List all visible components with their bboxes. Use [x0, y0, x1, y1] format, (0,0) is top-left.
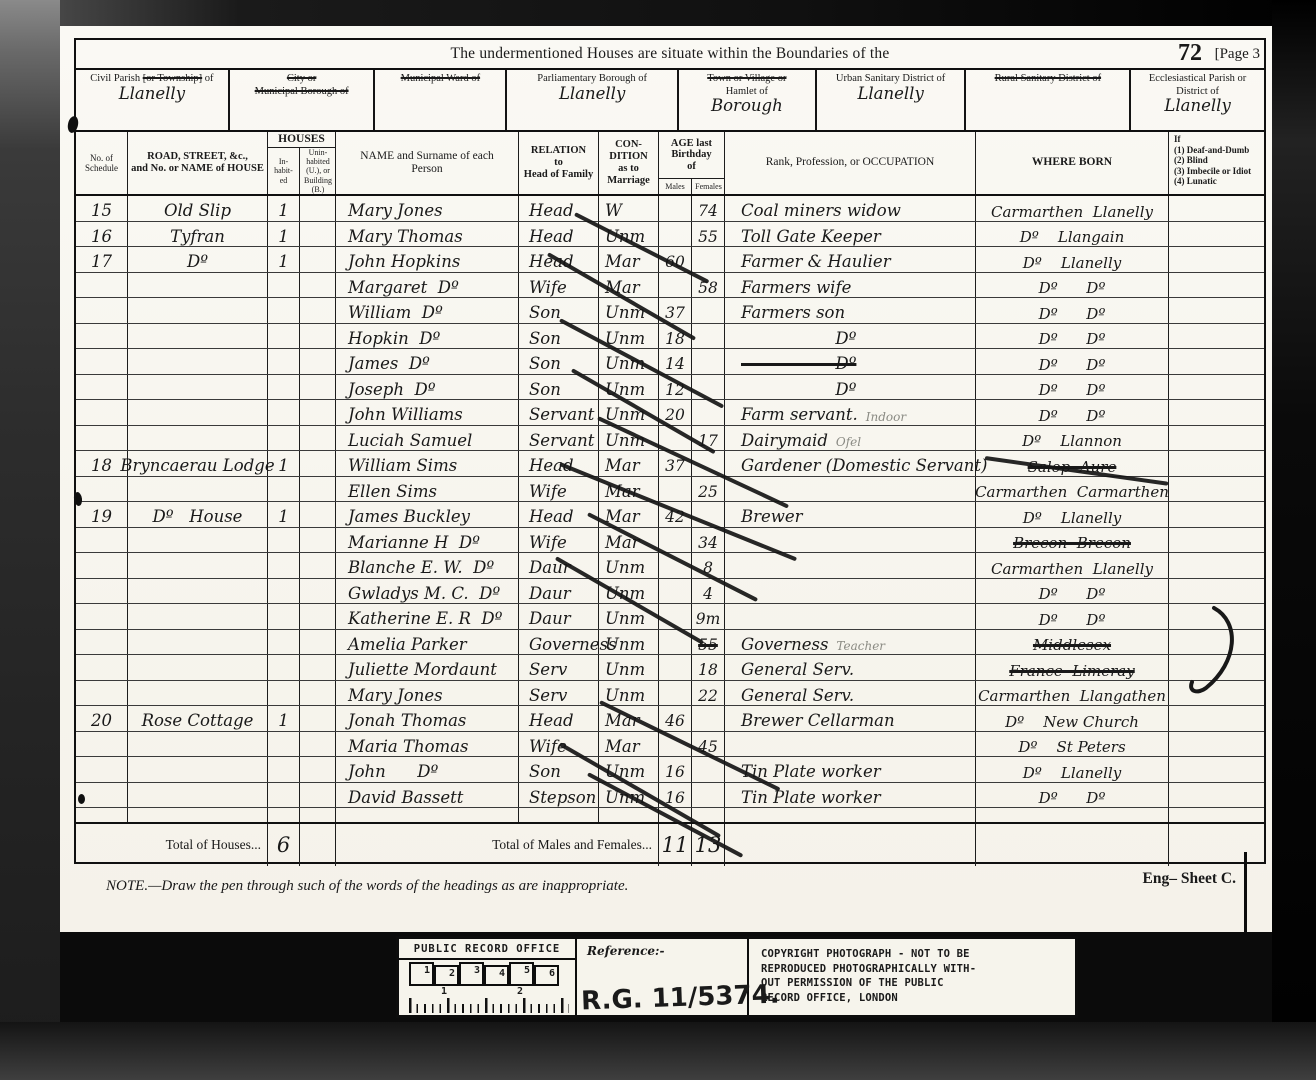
cell-male	[659, 196, 692, 221]
table-row: William DºSonUnm37Farmers sonDº Dº	[76, 298, 1264, 324]
cell-occupation: Toll Gate Keeper	[725, 222, 976, 247]
cell-female	[692, 247, 725, 272]
film-border-right	[1272, 0, 1316, 1080]
cell-condition: Mar	[599, 273, 659, 298]
cell-female	[692, 375, 725, 400]
cell-condition: Unm	[599, 553, 659, 578]
cell-name: Mary Jones	[336, 681, 519, 706]
cell-infirm	[1169, 298, 1264, 323]
cell-name: John Dº	[336, 757, 519, 782]
cell-name: Mary Thomas	[336, 222, 519, 247]
col-header-age: AGE last Birthday of	[659, 132, 724, 179]
cell-uninhabited	[300, 630, 336, 655]
cell-road	[128, 604, 268, 629]
cell-uninhabited	[300, 247, 336, 272]
cell-infirm	[1169, 783, 1264, 808]
cell-male	[659, 477, 692, 502]
cell-uninhabited	[300, 196, 336, 221]
col-header-born: WHERE BORN	[976, 132, 1169, 194]
cell-infirm	[1169, 477, 1264, 502]
cell-infirm	[1169, 426, 1264, 451]
cell-occupation: Dº	[725, 324, 976, 349]
cell-road: Dº	[128, 247, 268, 272]
cell-female	[692, 783, 725, 808]
cell-road: Bryncaerau Lodge	[128, 451, 268, 476]
cell-empty	[519, 808, 599, 822]
cell-name: Maria Thomas	[336, 732, 519, 757]
table-row: Amelia ParkerGovernessUnm55GovernessTeac…	[76, 630, 1264, 656]
totals-houses-value-cell: 6	[268, 824, 300, 866]
cell-condition: Mar	[599, 451, 659, 476]
cell-schedule	[76, 630, 128, 655]
table-row: 16Tyfran1Mary ThomasHeadUnm55Toll Gate K…	[76, 222, 1264, 248]
cell-infirm	[1169, 553, 1264, 578]
cell-schedule	[76, 732, 128, 757]
cell-female: 25	[692, 477, 725, 502]
district-box-municipal-borough: City orMunicipal Borough of	[230, 70, 376, 130]
cell-uninhabited	[300, 349, 336, 374]
table-row: Luciah SamuelServantUnm17DairymaidOfelDº…	[76, 426, 1264, 452]
cell-condition: Unm	[599, 604, 659, 629]
cell-uninhabited	[300, 324, 336, 349]
district-box-municipal-ward: Municipal Ward of	[375, 70, 507, 130]
cell-occupation: General Serv.	[725, 655, 976, 680]
cell-infirm	[1169, 502, 1264, 527]
stamp-copyright-text: COPYRIGHT PHOTOGRAPH - NOT TO BE REPRODU…	[761, 947, 1069, 1006]
cell-road	[128, 528, 268, 553]
cell-relation: Servant	[519, 400, 599, 425]
cell-female: 55	[692, 630, 725, 655]
cell-born: Dº Dº	[976, 579, 1169, 604]
cell-schedule	[76, 426, 128, 451]
cell-empty	[599, 808, 659, 822]
column-header-row: No. of Schedule ROAD, STREET, &c., and N…	[76, 132, 1264, 196]
cell-schedule	[76, 681, 128, 706]
cell-road	[128, 477, 268, 502]
district-value: Llanelly	[119, 86, 185, 103]
table-row: Mary JonesServUnm22General Serv.Carmarth…	[76, 681, 1264, 707]
cell-schedule	[76, 604, 128, 629]
cell-inhabited	[268, 528, 300, 553]
cell-uninhabited	[300, 426, 336, 451]
cell-road	[128, 273, 268, 298]
totals-mf-label-cell: Total of Males and Females...	[336, 824, 659, 866]
cell-uninhabited	[300, 477, 336, 502]
cell-uninhabited	[300, 579, 336, 604]
cell-female: 18	[692, 655, 725, 680]
cell-born: Dº Dº	[976, 783, 1169, 808]
cell-inhabited	[268, 426, 300, 451]
cell-occupation: Brewer Cellarman	[725, 706, 976, 731]
cell-inhabited	[268, 732, 300, 757]
col-header-males: Males	[659, 179, 692, 194]
cell-relation: Serv	[519, 655, 599, 680]
public-record-office-stamp: PUBLIC RECORD OFFICE 123456 12 Reference…	[396, 936, 1078, 1018]
cell-road	[128, 681, 268, 706]
cell-schedule	[76, 757, 128, 782]
col-header-houses-group: HOUSES In- habit- ed Unin- habited (U.),…	[268, 132, 336, 194]
cell-name: John Hopkins	[336, 247, 519, 272]
cell-road	[128, 553, 268, 578]
cell-born: Dº Dº	[976, 324, 1169, 349]
cell-occupation	[725, 579, 976, 604]
cell-born: Carmarthen Llangathen	[976, 681, 1169, 706]
cell-infirm	[1169, 400, 1264, 425]
district-label: Municipal Ward of	[401, 73, 480, 86]
district-box-civil-parish: Civil Parish [or Township] ofLlanelly	[76, 70, 230, 130]
cell-schedule: 17	[76, 247, 128, 272]
cell-born: Brecon Brecon	[976, 528, 1169, 553]
district-value: Borough	[711, 98, 783, 115]
cell-male	[659, 528, 692, 553]
col-header-road: ROAD, STREET, &c., and No. or NAME of HO…	[128, 132, 268, 194]
cell-infirm	[1169, 528, 1264, 553]
cell-infirm	[1169, 349, 1264, 374]
cell-relation: Daur	[519, 579, 599, 604]
stamp-reference-section: Reference:- R.G. 11/5374.	[577, 939, 749, 1015]
cell-male: 46	[659, 706, 692, 731]
cell-male	[659, 222, 692, 247]
cell-condition: Unm	[599, 375, 659, 400]
cell-empty	[128, 808, 268, 822]
cell-infirm	[1169, 579, 1264, 604]
cell-occupation: Farmers wife	[725, 273, 976, 298]
cell-schedule: 20	[76, 706, 128, 731]
cell-empty	[268, 808, 300, 822]
cell-infirm	[1169, 757, 1264, 782]
cell-road: Old Slip	[128, 196, 268, 221]
cell-road	[128, 732, 268, 757]
district-label: Municipal Borough of	[255, 86, 349, 99]
cell-schedule	[76, 400, 128, 425]
totals-males-value-cell: 11	[659, 824, 692, 866]
cell-inhabited	[268, 324, 300, 349]
cell-relation: Governess	[519, 630, 599, 655]
cell-female: 55	[692, 222, 725, 247]
cell-occupation: GovernessTeacher	[725, 630, 976, 655]
pencil-note: Indoor	[866, 410, 906, 424]
cell-infirm	[1169, 324, 1264, 349]
cell-name: Margaret Dº	[336, 273, 519, 298]
cell-uninhabited	[300, 681, 336, 706]
cell-empty	[76, 808, 128, 822]
cell-name: Ellen Sims	[336, 477, 519, 502]
cell-inhabited	[268, 783, 300, 808]
cell-occupation: Brewer	[725, 502, 976, 527]
cell-road	[128, 630, 268, 655]
cell-inhabited	[268, 655, 300, 680]
cell-infirm	[1169, 375, 1264, 400]
cell-condition: W	[599, 196, 659, 221]
cell-uninhabited	[300, 273, 336, 298]
cell-condition: Mar	[599, 732, 659, 757]
form-title: The undermentioned Houses are situate wi…	[451, 45, 890, 63]
cell-name: Luciah Samuel	[336, 426, 519, 451]
cell-male	[659, 655, 692, 680]
totals-males-females-label: Total of Males and Females...	[336, 837, 658, 853]
cell-schedule	[76, 324, 128, 349]
cell-name: John Williams	[336, 400, 519, 425]
cell-name: Marianne H Dº	[336, 528, 519, 553]
cell-schedule	[76, 477, 128, 502]
cell-condition: Unm	[599, 426, 659, 451]
cell-male: 16	[659, 757, 692, 782]
cell-inhabited	[268, 604, 300, 629]
totals-row: Total of Houses... 6 Total of Males and …	[76, 822, 1264, 866]
cell-road	[128, 400, 268, 425]
cell-uninhabited	[300, 375, 336, 400]
cell-infirm	[1169, 706, 1264, 731]
cell-road	[128, 349, 268, 374]
cell-uninhabited	[300, 655, 336, 680]
table-row: David BassettStepsonUnm16Tin Plate worke…	[76, 783, 1264, 809]
cell-name: Jonah Thomas	[336, 706, 519, 731]
cell-empty	[1169, 808, 1264, 822]
cell-infirm	[1169, 451, 1264, 476]
cell-uninhabited	[300, 553, 336, 578]
district-label: Town or Village or	[707, 73, 786, 86]
cell-occupation: Tin Plate worker	[725, 757, 976, 782]
totals-empty-occupation-cell	[725, 824, 976, 866]
cell-name: David Bassett	[336, 783, 519, 808]
cell-female	[692, 349, 725, 374]
table-row: Hopkin DºSonUnm18 DºDº Dº	[76, 324, 1264, 350]
cell-inhabited: 1	[268, 502, 300, 527]
cell-road	[128, 757, 268, 782]
stamp-office-label: PUBLIC RECORD OFFICE	[399, 939, 575, 960]
totals-empty-infirm-cell	[1169, 824, 1264, 866]
cell-uninhabited	[300, 604, 336, 629]
cell-uninhabited	[300, 783, 336, 808]
cell-occupation	[725, 477, 976, 502]
cell-born: Carmarthen Llanelly	[976, 553, 1169, 578]
stamp-copyright-section: COPYRIGHT PHOTOGRAPH - NOT TO BE REPRODU…	[749, 939, 1075, 1015]
cell-born: Dº Dº	[976, 273, 1169, 298]
cell-occupation: Dº	[725, 375, 976, 400]
cell-born: France Limeray	[976, 655, 1169, 680]
cell-female	[692, 706, 725, 731]
cell-born: Dº Dº	[976, 604, 1169, 629]
district-box-rural-sanitary-district: Rural Sanitary District of	[966, 70, 1131, 130]
cell-schedule: 16	[76, 222, 128, 247]
table-row: John DºSonUnm16Tin Plate workerDº Llanel…	[76, 757, 1264, 783]
cell-empty	[725, 808, 976, 822]
cell-relation: Stepson	[519, 783, 599, 808]
cell-uninhabited	[300, 222, 336, 247]
cell-occupation: Tin Plate worker	[725, 783, 976, 808]
cell-name: Gwladys M. C. Dº	[336, 579, 519, 604]
cell-name: James Dº	[336, 349, 519, 374]
cell-road	[128, 426, 268, 451]
cell-born: Dº Llanelly	[976, 757, 1169, 782]
cell-empty	[336, 808, 519, 822]
cell-name: Joseph Dº	[336, 375, 519, 400]
ruler-inch-number: 1	[441, 986, 447, 997]
cell-road	[128, 375, 268, 400]
cell-empty	[976, 808, 1169, 822]
cell-schedule	[76, 375, 128, 400]
table-row: Ellen SimsWifeMar25Carmarthen Carmarthen	[76, 477, 1264, 503]
ruler-cm-box: 2	[434, 965, 459, 986]
cell-inhabited	[268, 298, 300, 323]
table-row: 20Rose Cottage1Jonah ThomasHeadMar46Brew…	[76, 706, 1264, 732]
cell-name: Amelia Parker	[336, 630, 519, 655]
col-header-schedule: No. of Schedule	[76, 132, 128, 194]
ruler-cm-box: 6	[534, 965, 559, 986]
cell-relation: Wife	[519, 528, 599, 553]
cell-female: 34	[692, 528, 725, 553]
col-header-age-group: AGE last Birthday of Males Females	[659, 132, 725, 194]
cell-inhabited	[268, 477, 300, 502]
cell-road	[128, 298, 268, 323]
cell-inhabited	[268, 630, 300, 655]
ink-blot	[78, 794, 85, 804]
district-value: Llanelly	[857, 86, 923, 103]
cell-born: Dº Llangain	[976, 222, 1169, 247]
ruler-cm-box: 4	[484, 965, 509, 986]
ruler-cm-box: 1	[409, 962, 434, 986]
cell-male	[659, 681, 692, 706]
film-border-left	[0, 0, 60, 1080]
cell-occupation: Gardener (Domestic Servant)	[725, 451, 976, 476]
district-box-parliamentary-borough: Parliamentary Borough ofLlanelly	[507, 70, 679, 130]
cell-female: 9m	[692, 604, 725, 629]
district-value: Llanelly	[1164, 98, 1230, 115]
cell-schedule	[76, 349, 128, 374]
cell-name: William Sims	[336, 451, 519, 476]
page-label: [Page 3	[1215, 46, 1260, 63]
totals-empty-born-cell	[976, 824, 1169, 866]
folio-number: 72	[1178, 40, 1202, 67]
cell-born: Dº St Peters	[976, 732, 1169, 757]
cell-schedule: 15	[76, 196, 128, 221]
cell-infirm	[1169, 196, 1264, 221]
form-title-row: The undermentioned Houses are situate wi…	[76, 40, 1264, 70]
totals-houses-label: Total of Houses...	[76, 837, 267, 853]
cell-occupation: General Serv.	[725, 681, 976, 706]
table-row: Margaret DºWifeMar58Farmers wifeDº Dº	[76, 273, 1264, 299]
cell-schedule	[76, 298, 128, 323]
cell-road: Dº House	[128, 502, 268, 527]
cell-condition: Unm	[599, 630, 659, 655]
footnote-text: NOTE.—Draw the pen through such of the w…	[106, 878, 628, 894]
cell-schedule	[76, 528, 128, 553]
cell-born: Dº Dº	[976, 349, 1169, 374]
cell-inhabited	[268, 400, 300, 425]
ruler-cm-box: 5	[509, 962, 534, 986]
cell-uninhabited	[300, 400, 336, 425]
pencil-note: Ofel	[836, 435, 861, 449]
film-border-top	[0, 0, 1316, 26]
cell-schedule	[76, 655, 128, 680]
stamp-cm-scale: 123456	[399, 960, 575, 988]
stamp-reference-label: Reference:-	[577, 939, 747, 958]
cell-born: Dº Dº	[976, 375, 1169, 400]
cell-condition: Unm	[599, 655, 659, 680]
cell-inhabited: 1	[268, 196, 300, 221]
district-label: Rural Sanitary District of	[995, 73, 1101, 86]
cell-born: Dº Llanelly	[976, 502, 1169, 527]
table-row: Gwladys M. C. DºDaurUnm4Dº Dº	[76, 579, 1264, 605]
census-page: The undermentioned Houses are situate wi…	[60, 26, 1272, 932]
cell-name: Blanche E. W. Dº	[336, 553, 519, 578]
cell-relation: Head	[519, 196, 599, 221]
district-label: Ecclesiastical Parish or	[1149, 73, 1246, 86]
table-row: Juliette MordauntServUnm18General Serv.F…	[76, 655, 1264, 681]
cell-name: Katherine E. R Dº	[336, 604, 519, 629]
cell-name: Juliette Mordaunt	[336, 655, 519, 680]
cell-schedule	[76, 553, 128, 578]
cell-empty	[300, 808, 336, 822]
totals-houses-value: 6	[277, 835, 290, 856]
cell-occupation	[725, 732, 976, 757]
cell-uninhabited	[300, 757, 336, 782]
cell-uninhabited	[300, 451, 336, 476]
cell-relation: Serv	[519, 681, 599, 706]
col-header-relation: RELATION to Head of Family	[519, 132, 599, 194]
cell-road: Tyfran	[128, 222, 268, 247]
cell-name: Mary Jones	[336, 196, 519, 221]
cell-inhabited	[268, 757, 300, 782]
cell-infirm	[1169, 273, 1264, 298]
cell-born: Dº Llanelly	[976, 247, 1169, 272]
totals-males-value: 11	[662, 835, 689, 856]
cell-relation: Daur	[519, 604, 599, 629]
cell-uninhabited	[300, 706, 336, 731]
cell-name: James Buckley	[336, 502, 519, 527]
ruler-inch-number: 2	[517, 986, 523, 997]
col-header-houses: HOUSES	[268, 132, 335, 148]
cell-uninhabited	[300, 502, 336, 527]
cell-male: 14	[659, 349, 692, 374]
sheet-label: Eng– Sheet C.	[1143, 870, 1236, 888]
district-label: City or	[287, 73, 316, 86]
cell-schedule: 19	[76, 502, 128, 527]
film-border-bottom	[0, 1022, 1316, 1080]
stamp-inch-scale: 12	[409, 988, 569, 1013]
cell-born: Dº New Church	[976, 706, 1169, 731]
district-box-urban-sanitary-district: Urban Sanitary District ofLlanelly	[817, 70, 967, 130]
cell-condition: Unm	[599, 681, 659, 706]
cell-road	[128, 655, 268, 680]
cell-occupation	[725, 604, 976, 629]
totals-houses-label-cell: Total of Houses...	[76, 824, 268, 866]
cell-inhabited: 1	[268, 451, 300, 476]
district-box-town-village-hamlet: Town or Village orHamlet ofBorough	[679, 70, 817, 130]
cell-inhabited	[268, 375, 300, 400]
table-row: John WilliamsServantUnm20Farm servant.In…	[76, 400, 1264, 426]
pen-flourish	[1168, 604, 1248, 696]
cell-name: William Dº	[336, 298, 519, 323]
cell-schedule	[76, 273, 128, 298]
cell-born: Dº Dº	[976, 400, 1169, 425]
cell-born: Middlesex	[976, 630, 1169, 655]
col-header-females: Females	[692, 179, 725, 194]
cell-inhabited	[268, 579, 300, 604]
ruler-cm-box: 3	[459, 962, 484, 986]
col-header-name: NAME and Surname of each Person	[336, 132, 519, 194]
cell-uninhabited	[300, 732, 336, 757]
cell-occupation	[725, 528, 976, 553]
cell-occupation: Coal miners widow	[725, 196, 976, 221]
cell-road	[128, 579, 268, 604]
stamp-ruler-section: PUBLIC RECORD OFFICE 123456 12	[399, 939, 577, 1015]
cell-relation: Servant	[519, 426, 599, 451]
col-header-occupation: Rank, Profession, or OCCUPATION	[725, 132, 976, 194]
cell-inhabited: 1	[268, 222, 300, 247]
cell-schedule	[76, 579, 128, 604]
cell-inhabited	[268, 553, 300, 578]
